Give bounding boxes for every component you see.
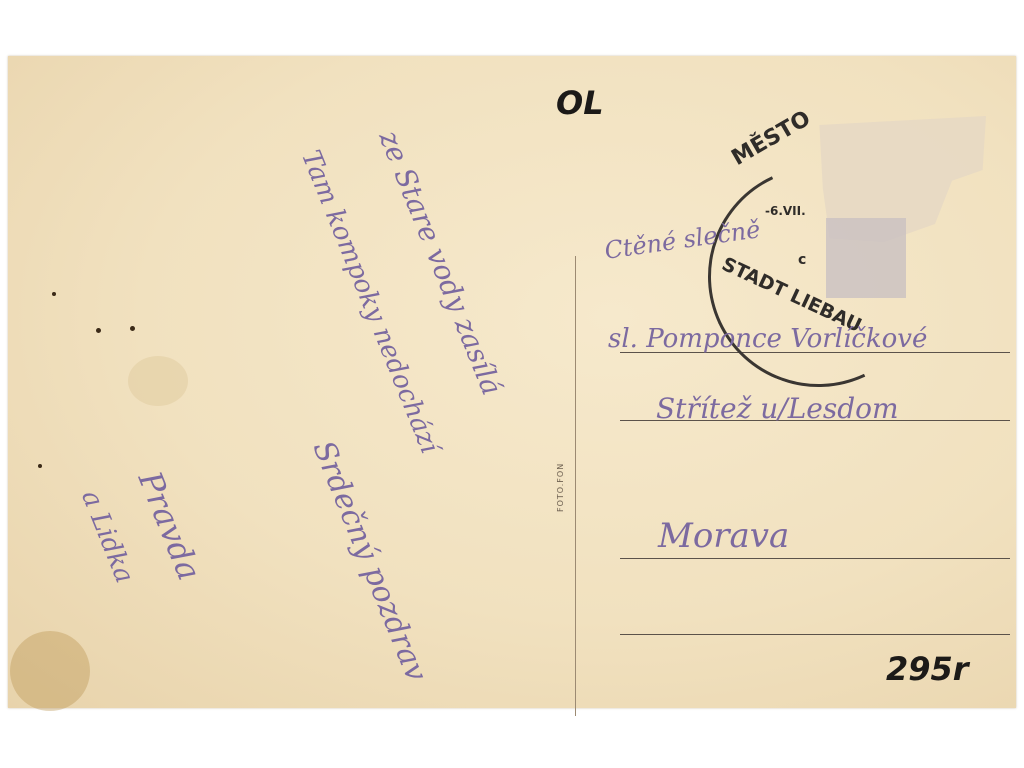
pinhole bbox=[52, 292, 56, 296]
printed-imprint: FOTO.FON bbox=[556, 461, 565, 514]
message-line-1: Srdečný pozdrav bbox=[306, 436, 434, 686]
postmark-date: -6.VII. bbox=[765, 204, 806, 218]
pinhole bbox=[38, 464, 42, 468]
message-line-4: Pravda bbox=[131, 466, 209, 586]
address-divider bbox=[575, 256, 576, 716]
address-line-3: Střítež u/Lesdom bbox=[656, 392, 899, 425]
address-line-4: Morava bbox=[658, 516, 789, 556]
postcard: FOTO.FON MĚSTO -6.VII. c STADT LIEBAU OL… bbox=[8, 56, 1016, 708]
age-stain bbox=[10, 631, 90, 711]
pinhole bbox=[130, 326, 135, 331]
address-line-2: sl. Pomponce Vorlíčkové bbox=[608, 324, 927, 354]
corner-mark-bottom: 295r bbox=[886, 650, 969, 688]
address-line bbox=[620, 634, 1010, 635]
address-line bbox=[620, 558, 1010, 559]
postmark-letter: c bbox=[798, 252, 806, 268]
corner-mark-top: OL bbox=[556, 84, 604, 122]
pinhole bbox=[96, 328, 101, 333]
postmark-town-czech: MĚSTO bbox=[728, 106, 815, 171]
age-stain bbox=[128, 356, 188, 406]
message-line-5: a Lidka bbox=[75, 486, 139, 587]
